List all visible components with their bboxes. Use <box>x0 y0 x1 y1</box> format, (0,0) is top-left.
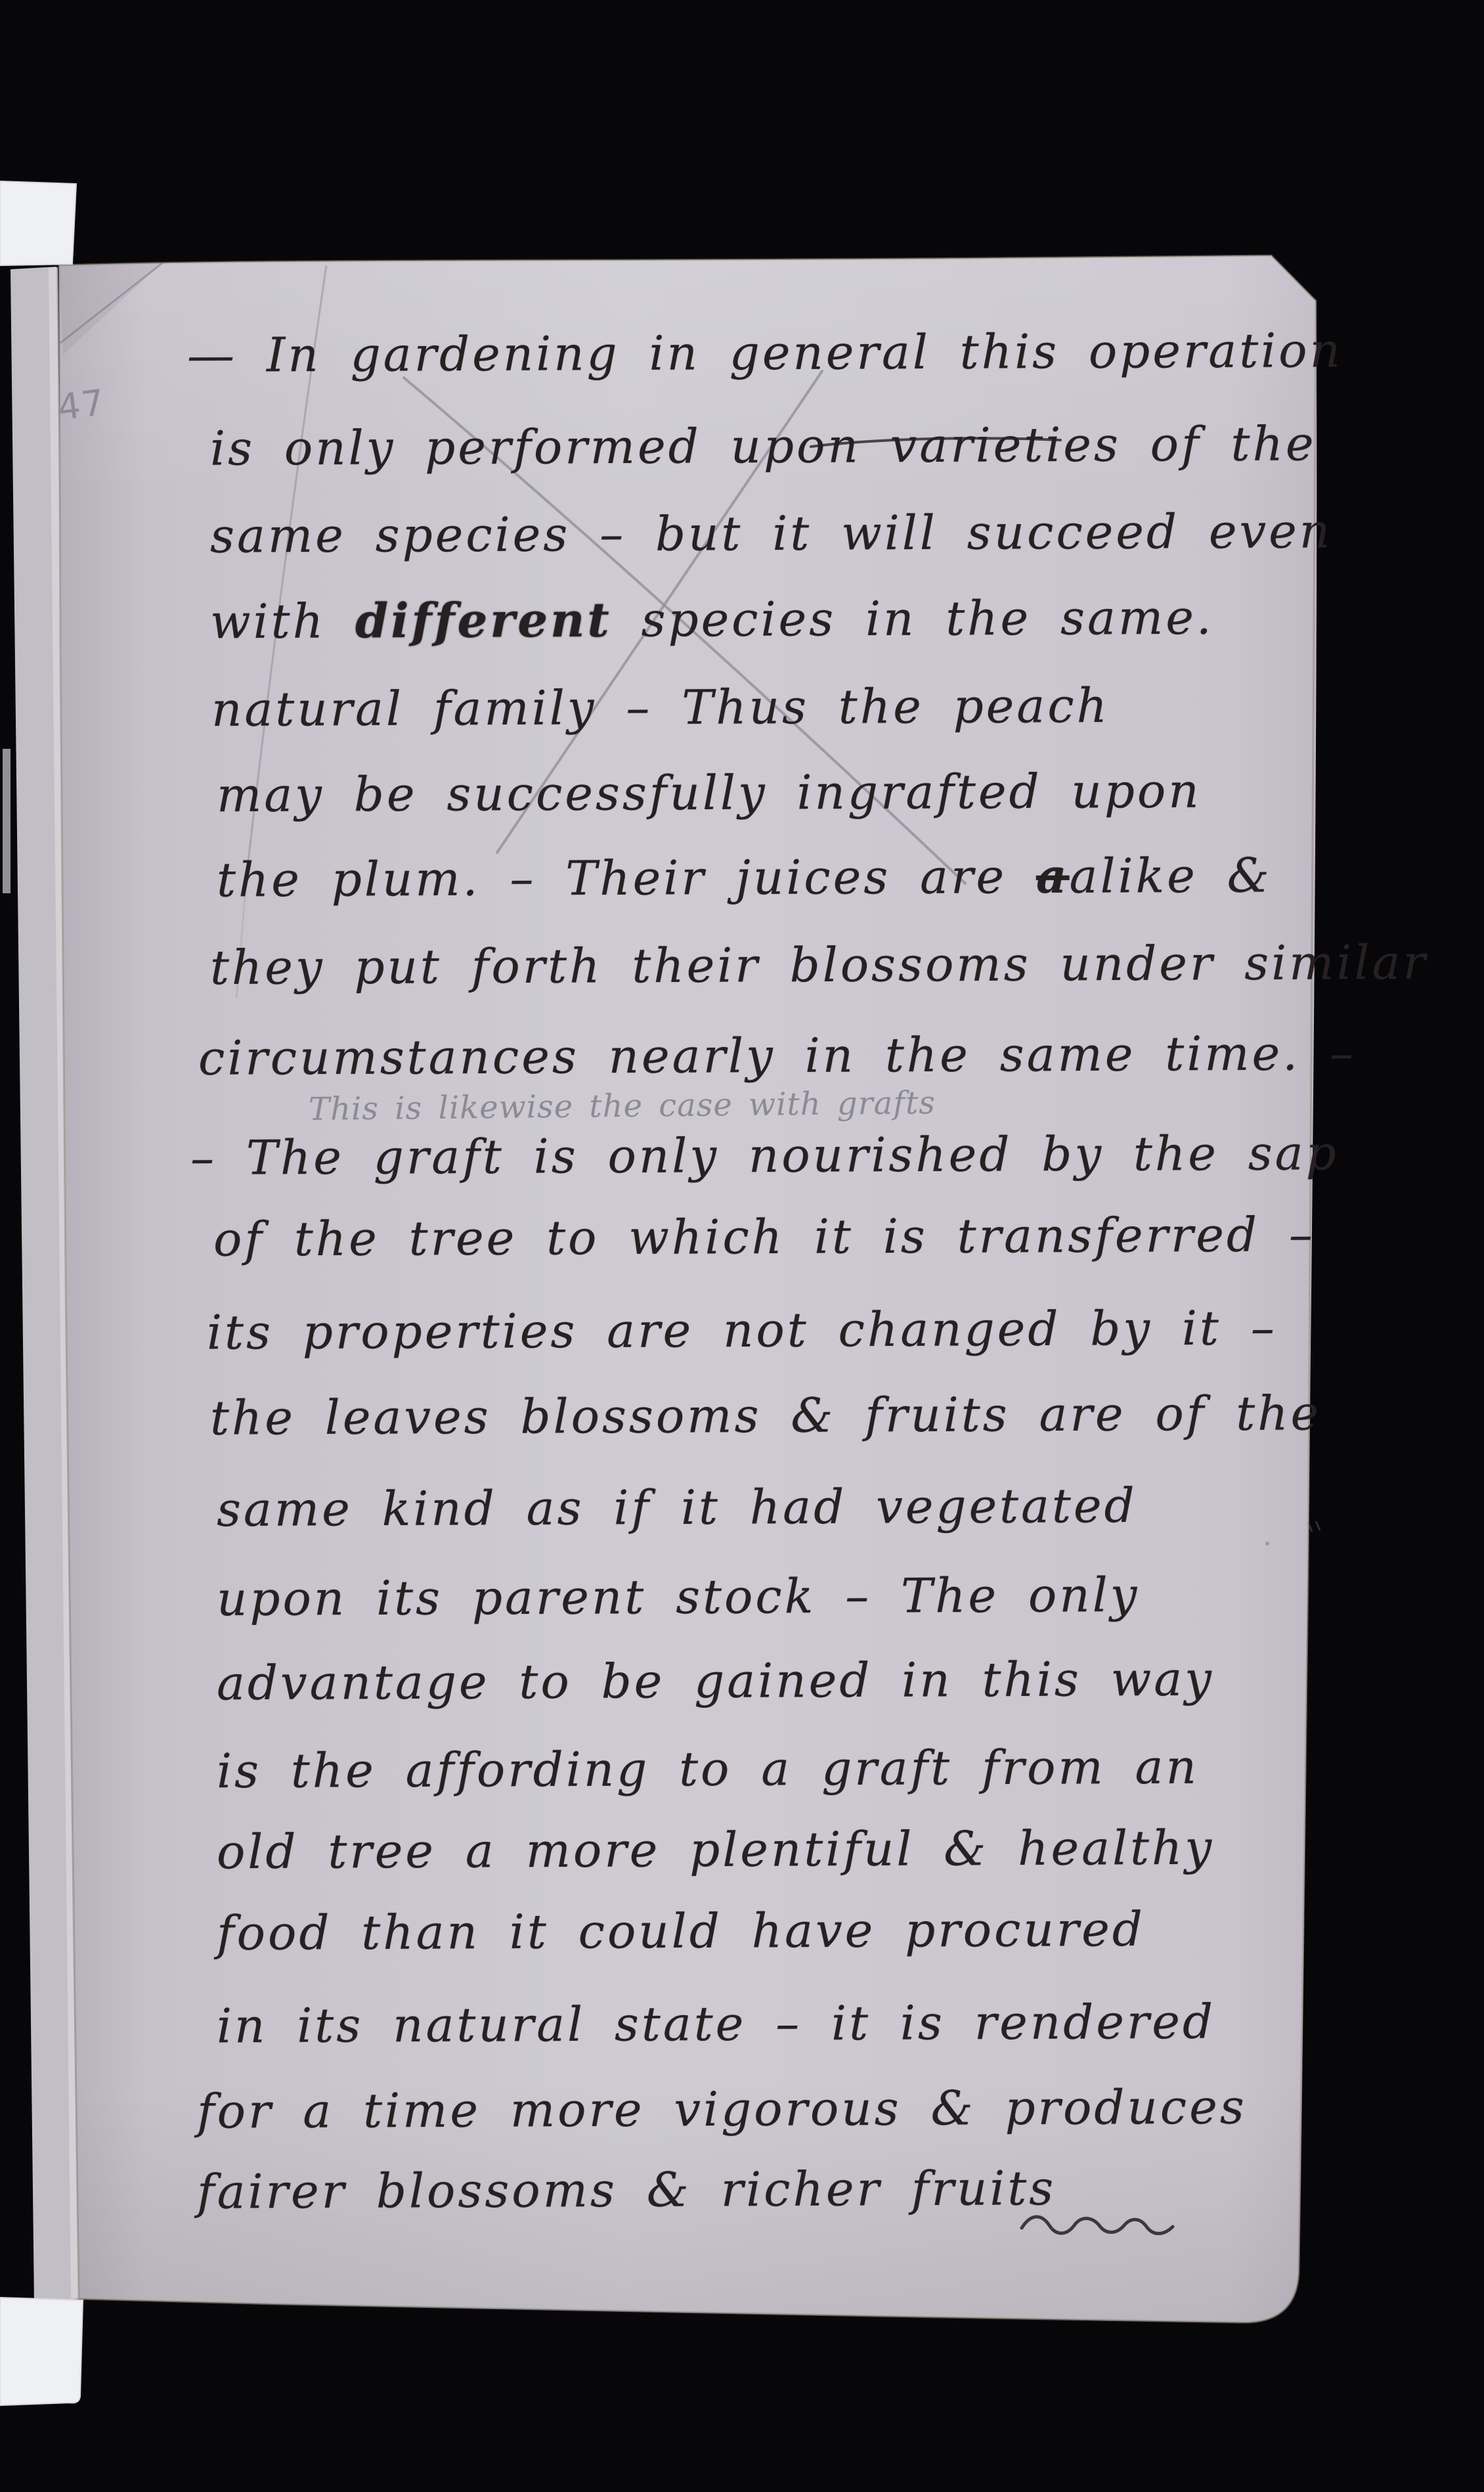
line-text: species in the same. <box>611 590 1213 648</box>
manuscript-line: of the tree to which it is transferred – <box>213 1210 1315 1264</box>
manuscript-line: in its natural state – it is rendered <box>217 1997 1215 2051</box>
manuscript-photograph: 47 — In gardening in general this operat… <box>0 0 1484 2492</box>
line-text: alike & <box>1069 847 1272 903</box>
manuscript-line: with different species in the same. <box>210 592 1214 647</box>
manuscript-line: – The graft is only nourished by the sap <box>190 1128 1339 1183</box>
manuscript-text: 47 — In gardening in general this operat… <box>0 0 1484 2492</box>
manuscript-line: the plum. – Their juices are aalike & <box>217 850 1272 905</box>
manuscript-line: fairer blossoms & richer fruits <box>197 2164 1056 2217</box>
line-text: the plum. – Their juices are <box>217 849 1036 907</box>
manuscript-line: is the affording to a graft from an <box>217 1743 1199 1796</box>
manuscript-line: for a time more vigorous & produces <box>197 2083 1247 2137</box>
line-text: with <box>210 593 355 649</box>
manuscript-line: they put forth their blossoms under simi… <box>210 938 1428 993</box>
manuscript-line: — In gardening in general this operation <box>187 326 1343 380</box>
manuscript-line: food than it could have procured <box>217 1905 1145 1959</box>
manuscript-line: natural family – Thus the peach <box>211 681 1110 735</box>
manuscript-line: is only performed upon varieties of the <box>210 419 1317 474</box>
manuscript-line: the leaves blossoms & fruits are of the <box>210 1389 1321 1443</box>
manuscript-line: upon its parent stock – The only <box>217 1570 1140 1624</box>
manuscript-line: advantage to be gained in this way <box>217 1655 1214 1708</box>
manuscript-line: circumstances nearly in the same time. – <box>198 1029 1356 1083</box>
manuscript-line: old tree a more plentiful & healthy <box>217 1823 1214 1877</box>
emphasized-word: different <box>355 592 612 649</box>
manuscript-line: same kind as if it had vegetated <box>217 1481 1137 1535</box>
manuscript-line: may be successfully ingrafted upon <box>217 767 1202 820</box>
struck-out-letter: a <box>1036 848 1070 904</box>
folio-number: 47 <box>56 385 108 426</box>
manuscript-line: same species – but it will succeed even <box>210 506 1332 561</box>
manuscript-line: its properties are not changed by it – <box>207 1303 1277 1358</box>
pencil-interlinear-note: This is likewise the case with grafts <box>309 1087 936 1125</box>
